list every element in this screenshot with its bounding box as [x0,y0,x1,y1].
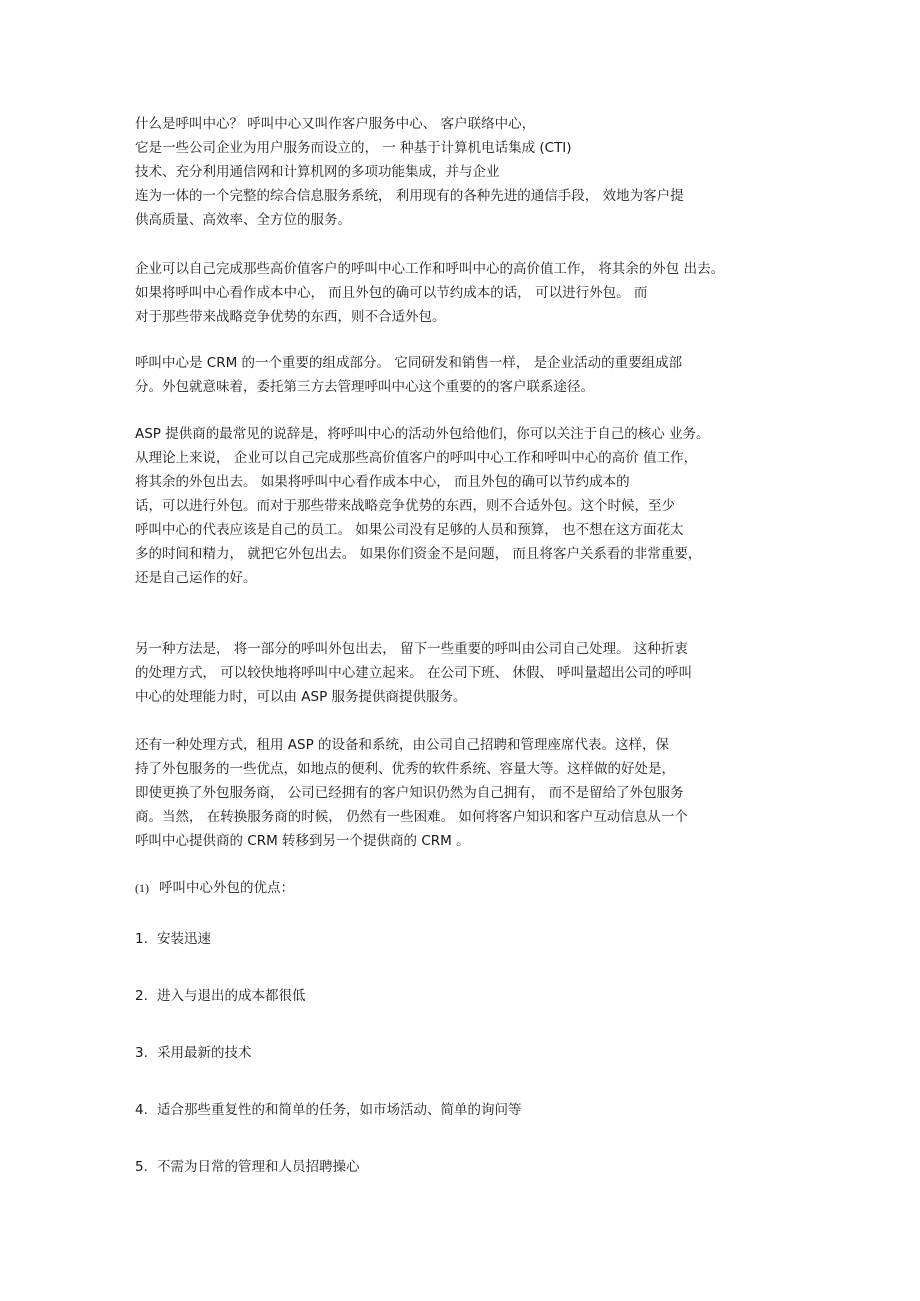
text-line: 什么是呼叫中心？ 呼叫中心又叫作客户服务中心、 客户联络中心， [135,115,535,133]
section-marker: (1) [135,881,149,895]
text-line: 如果将呼叫中心看作成本中心， 而且外包的确可以节约成本的话， 可以进行外包。 而 [135,284,647,302]
text-line: 话，可以进行外包。而对于那些带来战略竞争优势的东西，则不合适外包。这个时候，至少 [135,497,675,515]
list-item-text: 进入与退出的成本都很低 [157,988,306,1004]
document-page: 什么是呼叫中心？ 呼叫中心又叫作客户服务中心、 客户联络中心， 它是一些公司企业… [0,0,920,1301]
text-line: 持了外包服务的一些优点，如地点的便利、优秀的软件系统、容量大等。这样做的好处是， [135,760,675,778]
list-item: 3.采用最新的技术 [135,1044,252,1062]
text-line: 连为一体的一个完整的综合信息服务系统， 利用现有的各种先进的通信手段， 效地为客… [135,187,684,205]
text-line: 企业可以自己完成那些高价值客户的呼叫中心工作和呼叫中心的高价值工作， 将其余的外… [135,260,724,278]
list-item-number: 2. [135,987,157,1005]
text-line: 它是一些公司企业为用户服务而设立的， 一 种基于计算机电话集成 (CTI) [135,139,572,157]
list-item-number: 1. [135,930,157,948]
text-line: 呼叫中心的代表应该是自己的员工。 如果公司没有足够的人员和预算， 也不想在这方面… [135,521,684,539]
text-line: 将其余的外包出去。 如果将呼叫中心看作成本中心， 而且外包的确可以节约成本的 [135,473,630,491]
text-line: 另一种方法是， 将一部分的呼叫外包出去， 留下一些重要的呼叫由公司自己处理。 这… [135,640,688,658]
list-item-number: 5. [135,1158,157,1176]
text-line: 多的时间和精力， 就把它外包出去。 如果你们资金不是问题， 而且将客户关系看的非… [135,545,701,563]
text-line: 供高质量、高效率、全方位的服务。 [135,211,351,229]
text-line: 的处理方式， 可以较快地将呼叫中心建立起来。 在公司下班、 休假、 呼叫量超出公… [135,664,692,682]
list-item: 1.安装迅速 [135,930,211,948]
text-line: 中心的处理能力时，可以由 ASP 服务提供商提供服务。 [135,688,467,706]
text-line: 技术、充分利用通信网和计算机网的多项功能集成，并与企业 [135,163,500,181]
list-item-number: 3. [135,1044,157,1062]
list-item: 4.适合那些重复性的和简单的任务，如市场活动、简单的询问等 [135,1101,522,1119]
list-item-text: 适合那些重复性的和简单的任务，如市场活动、简单的询问等 [157,1102,522,1118]
text-line: ASP 提供商的最常见的说辞是，将呼叫中心的活动外包给他们，你可以关注于自己的核… [135,425,710,443]
list-item-text: 安装迅速 [157,931,211,947]
section-title: 呼叫中心外包的优点： [159,880,294,896]
list-item-text: 采用最新的技术 [157,1045,252,1061]
text-line: 商。当然， 在转换服务商的时候， 仍然有一些困难。 如何将客户知识和客户互动信息… [135,808,688,826]
list-item-number: 4. [135,1101,157,1119]
text-line: 即使更换了外包服务商， 公司已经拥有的客户知识仍然为自己拥有， 而不是留给了外包… [135,784,684,802]
list-item-text: 不需为日常的管理和人员招聘操心 [157,1159,360,1175]
text-line: 还有一种处理方式，租用 ASP 的设备和系统，由公司自己招聘和管理座席代表。这样… [135,736,669,754]
list-item: 5.不需为日常的管理和人员招聘操心 [135,1158,360,1176]
list-item: 2.进入与退出的成本都很低 [135,987,306,1005]
text-line: 呼叫中心是 CRM 的一个重要的组成部分。 它同研发和销售一样， 是企业活动的重… [135,354,682,372]
text-line: 从理论上来说， 企业可以自己完成那些高价值客户的呼叫中心工作和呼叫中心的高价 值… [135,449,697,467]
text-line: 对于那些带来战略竞争优势的东西，则不合适外包。 [135,308,446,326]
text-line: 呼叫中心提供商的 CRM 转移到另一个提供商的 CRM 。 [135,832,470,850]
text-line: 还是自己运作的好。 [135,569,257,587]
section-heading: (1)呼叫中心外包的优点： [135,879,294,897]
text-line: 分。外包就意味着，委托第三方去管理呼叫中心这个重要的的客户联系途径。 [135,378,594,396]
